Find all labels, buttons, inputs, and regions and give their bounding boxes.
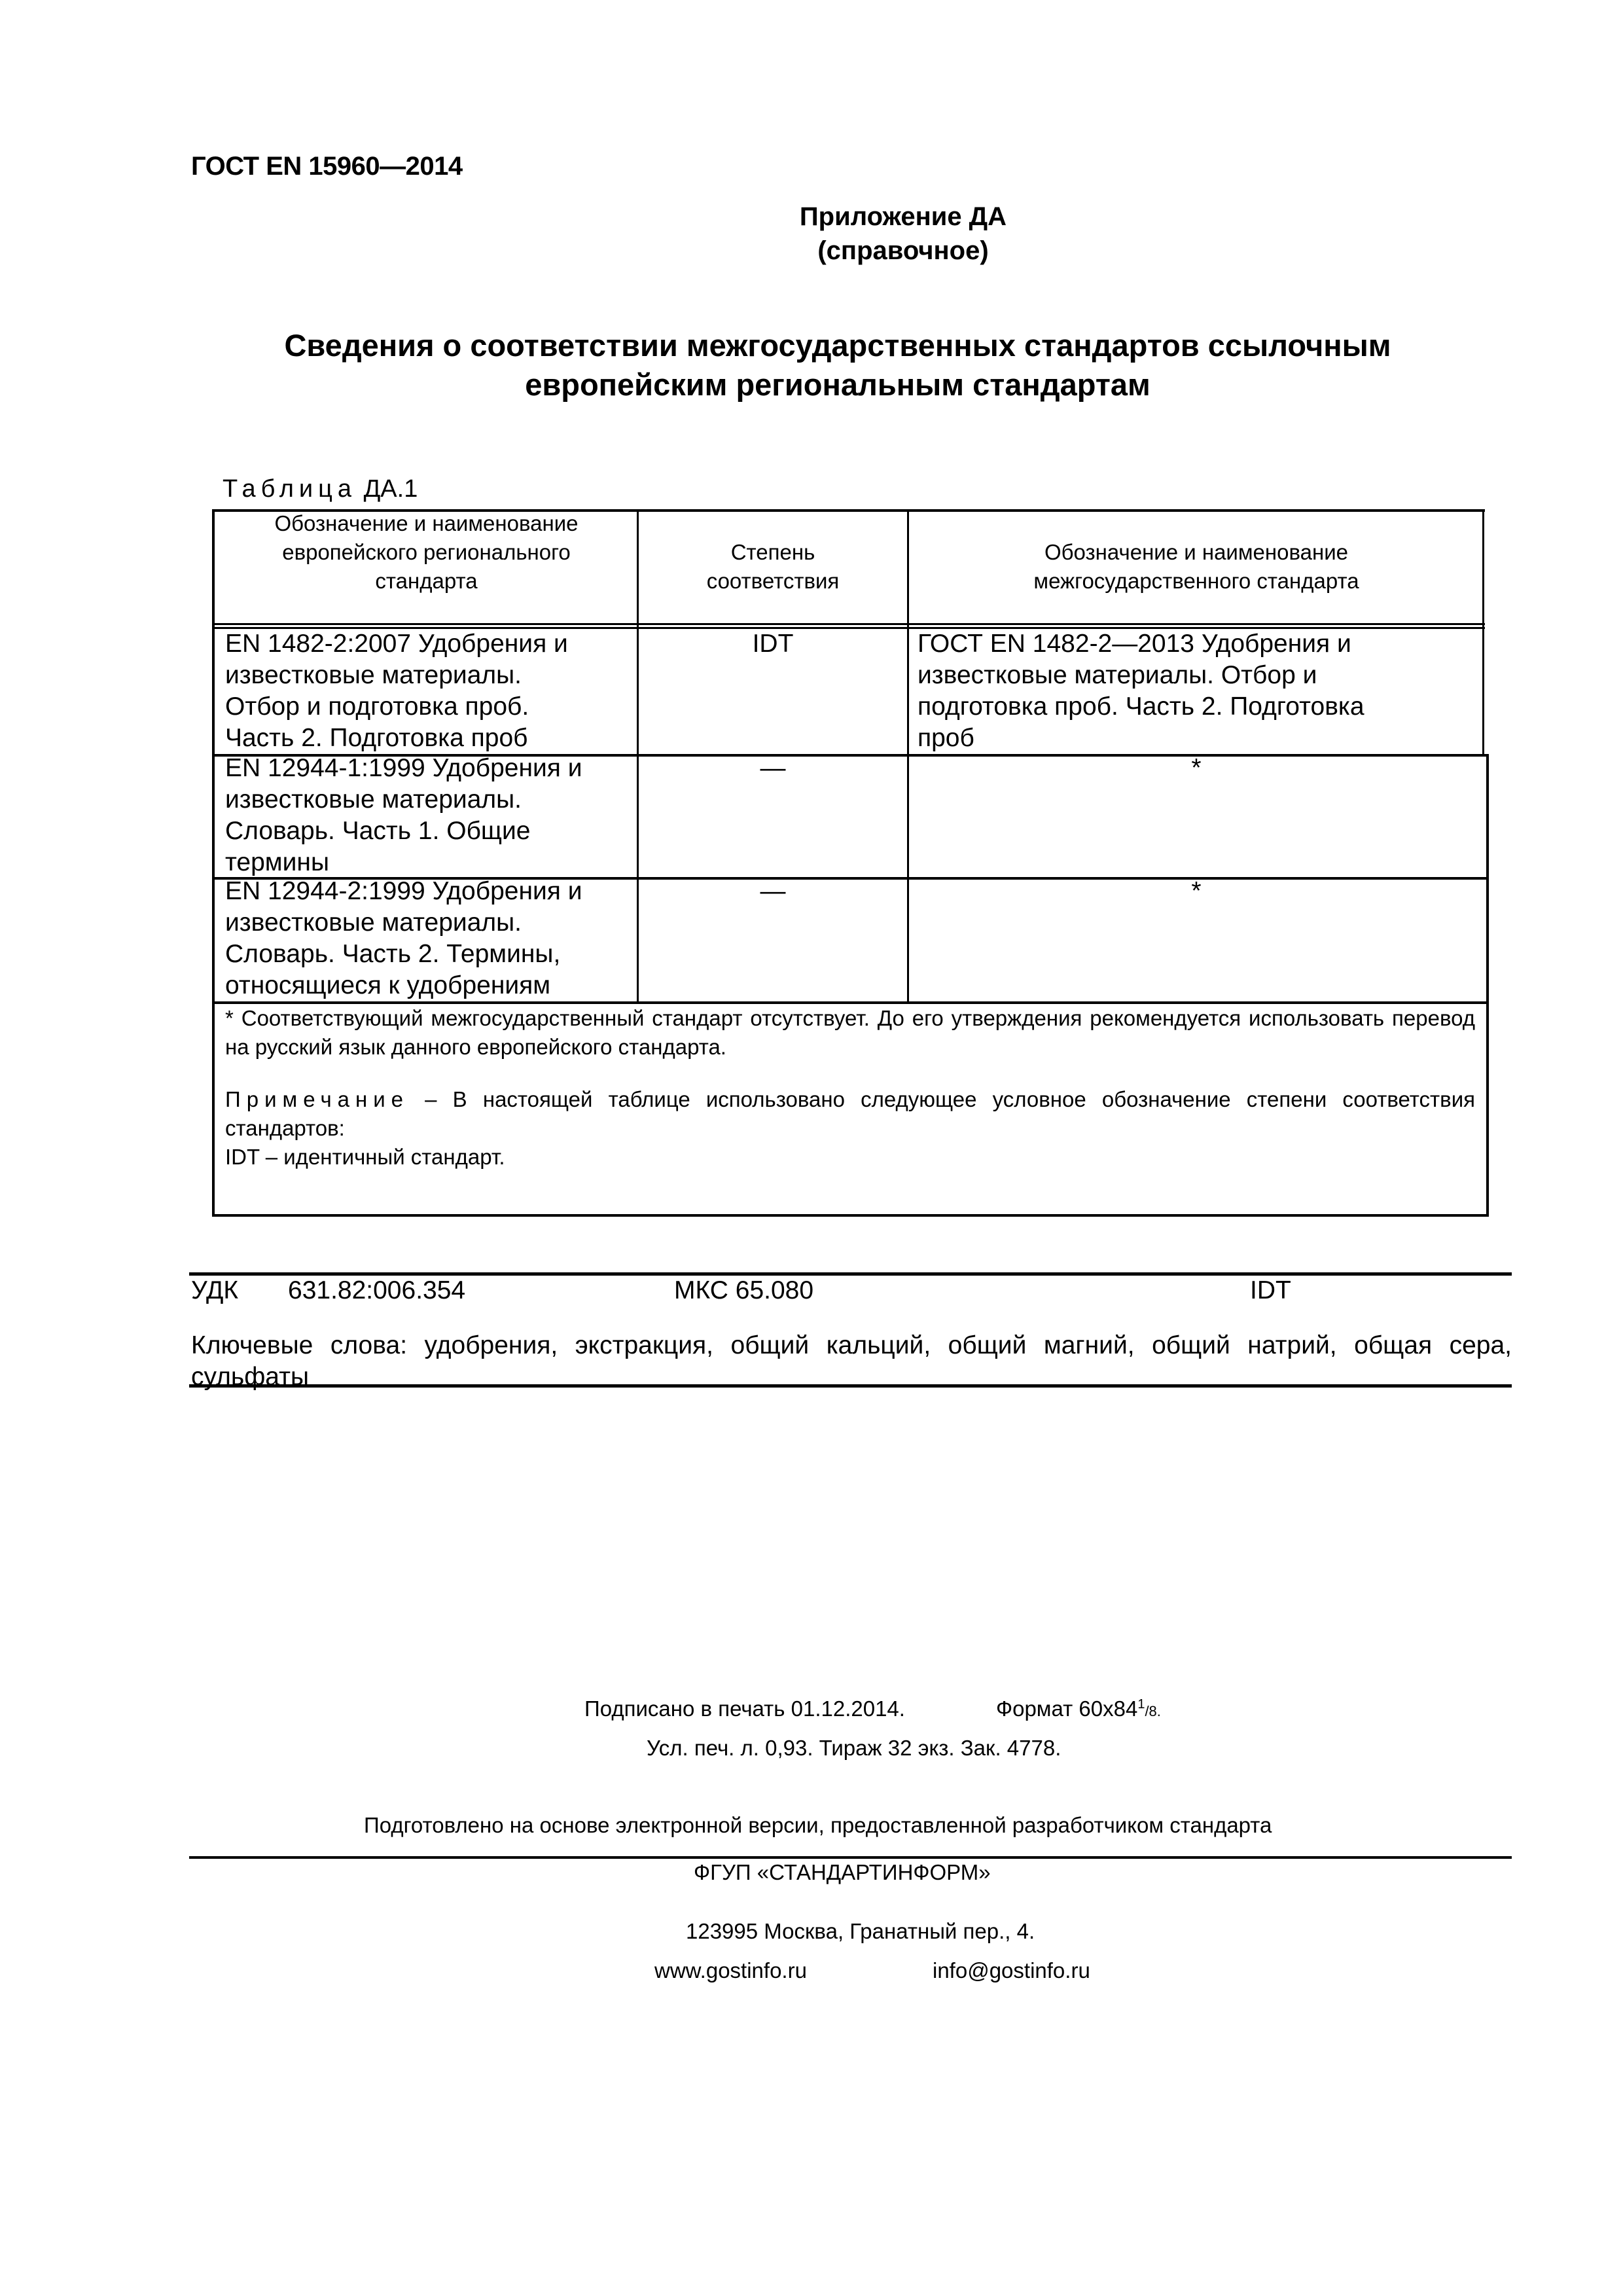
cell-line: известковые материалы. Отбор и <box>918 660 1480 691</box>
cell-line: относящиеся к удобрениям <box>225 970 634 1001</box>
cell-line: Словарь. Часть 1. Общие <box>225 816 634 847</box>
table-row-3-european: EN 12944-2:1999 Удобрения и известковые … <box>225 876 634 1001</box>
table-caption-prefix: Таблица <box>223 475 357 503</box>
note-text: – В настоящей таблице использовано следу… <box>225 1087 1475 1140</box>
section-title-line1: Сведения о соответствии межгосударственн… <box>196 326 1479 365</box>
udk-value: 631.82:006.354 <box>288 1276 465 1305</box>
section-title: Сведения о соответствии межгосударственн… <box>196 326 1479 404</box>
document-code: ГОСТ EN 15960—2014 <box>191 152 463 181</box>
header-rule-a <box>212 623 1485 625</box>
table-border-left <box>212 509 215 1216</box>
imprint-prepared: Подготовлено на основе электронной верси… <box>364 1813 1272 1838</box>
cell-line: EN 1482-2:2007 Удобрения и <box>225 628 634 660</box>
cell-line: ГОСТ EN 1482-2—2013 Удобрения и <box>918 628 1480 660</box>
table-row-2-degree: — <box>639 753 907 784</box>
cell-line: проб <box>918 723 1480 754</box>
cell-line: подготовка проб. Часть 2. Подготовка <box>918 691 1480 723</box>
cell-line: EN 12944-2:1999 Удобрения и <box>225 876 634 907</box>
cell-line: Отбор и подготовка проб. <box>225 691 634 723</box>
note-label: Примечание <box>225 1087 409 1111</box>
cell-line: термины <box>225 847 634 878</box>
header-line: Обозначение и наименование <box>216 509 637 538</box>
table-caption: Таблица ДА.1 <box>223 475 418 503</box>
keywords-rule-bottom <box>189 1384 1512 1388</box>
header-line: стандарта <box>216 567 637 596</box>
annex-kind: (справочное) <box>707 234 1099 268</box>
publisher-address: 123995 Москва, Гранатный пер., 4. <box>686 1919 1035 1944</box>
table-row-3-interstate: * <box>909 876 1484 907</box>
header-line: соответствия <box>639 567 907 596</box>
section-title-line2: европейским региональным стандартам <box>196 365 1479 404</box>
classification-degree: IDT <box>1250 1276 1291 1305</box>
format-sup: 1 <box>1137 1697 1145 1712</box>
column-header-european: Обозначение и наименование европейского … <box>216 509 637 596</box>
table-border-right-lower <box>1486 755 1489 1216</box>
table-border-bottom <box>212 1214 1489 1217</box>
table-row-2-european: EN 12944-1:1999 Удобрения и известковые … <box>225 753 634 878</box>
column-header-degree: Степень соответствия <box>639 538 907 596</box>
column-header-interstate: Обозначение и наименование межгосударств… <box>909 538 1484 596</box>
table-row-2-interstate: * <box>909 753 1484 784</box>
cell-line: Часть 2. Подготовка проб <box>225 723 634 754</box>
table-row-3-degree: — <box>639 876 907 907</box>
header-line: Обозначение и наименование <box>909 538 1484 567</box>
cell-line: EN 12944-1:1999 Удобрения и <box>225 753 634 784</box>
udk-label: УДК <box>191 1276 238 1305</box>
imprint-print-info: Усл. печ. л. 0,93. Тираж 32 экз. Зак. 47… <box>647 1736 1061 1761</box>
cell-line: известковые материалы. <box>225 907 634 939</box>
annex-heading: Приложение ДА (справочное) <box>707 200 1099 268</box>
imprint-signed: Подписано в печать 01.12.2014. <box>584 1696 905 1721</box>
table-row-1-european: EN 1482-2:2007 Удобрения и известковые м… <box>225 628 634 754</box>
table-footnote: * Соответствующий межгосударственный ста… <box>225 1004 1475 1062</box>
classification-rule-top <box>189 1272 1512 1276</box>
publisher-name: ФГУП «СТАНДАРТИНФОРМ» <box>694 1860 991 1885</box>
publisher-website[interactable]: www.gostinfo.ru <box>654 1958 807 1983</box>
table-note-legend: IDT – идентичный стандарт. <box>225 1143 1475 1172</box>
annex-title: Приложение ДА <box>707 200 1099 234</box>
header-line: межгосударственного стандарта <box>909 567 1484 596</box>
table-row-1-degree: IDT <box>639 628 907 660</box>
format-sub: /8. <box>1145 1703 1160 1719</box>
format-text: Формат 60x84 <box>996 1696 1137 1721</box>
cell-line: известковые материалы. <box>225 784 634 816</box>
table-caption-number: ДА.1 <box>364 475 418 503</box>
imprint-format: Формат 60x841/8. <box>996 1696 1161 1721</box>
publisher-email[interactable]: info@gostinfo.ru <box>933 1958 1090 1983</box>
keywords: Ключевые слова: удобрения, экстракция, о… <box>191 1330 1512 1393</box>
table-note: Примечание – В настоящей таблице использ… <box>225 1085 1475 1143</box>
cell-line: Словарь. Часть 2. Термины, <box>225 939 634 970</box>
header-line: европейского регионального <box>216 538 637 567</box>
table-row-1-interstate: ГОСТ EN 1482-2—2013 Удобрения и известко… <box>918 628 1480 754</box>
imprint-rule <box>189 1856 1512 1859</box>
cell-line: известковые материалы. <box>225 660 634 691</box>
header-line: Степень <box>639 538 907 567</box>
mks-code: МКС 65.080 <box>674 1276 813 1305</box>
